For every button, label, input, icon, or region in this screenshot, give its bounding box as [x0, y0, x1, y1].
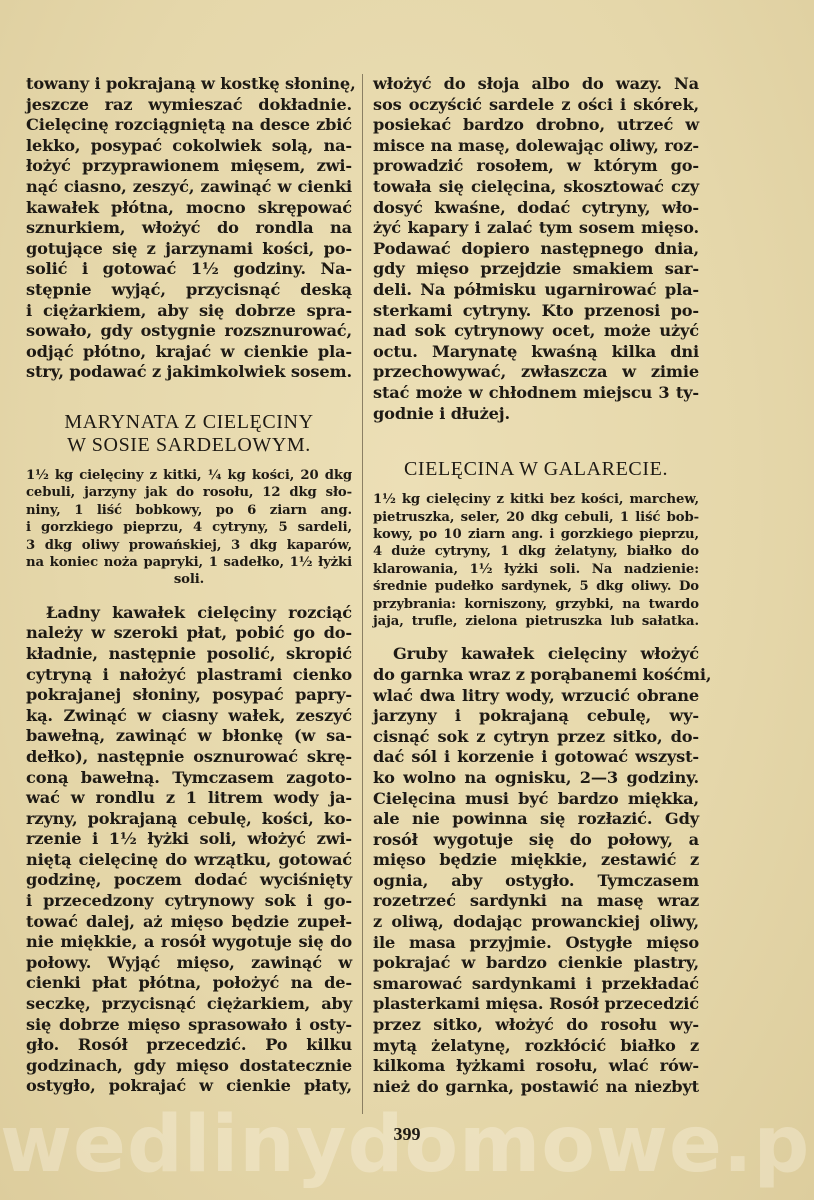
text-line: rzenie i 1½ łyżki soli, włożyć zwi- [26, 829, 352, 850]
text-line: się dobrze mięso sprasowało i osty- [26, 1015, 352, 1036]
method-paragraph: Ładny kawałek cielęciny rozciąć należy w… [26, 603, 352, 1097]
text-line: i przecedzony cytrynowy sok i go- [26, 891, 352, 912]
right-column: włożyć do słoja albo do wazy. Na sos ocz… [373, 74, 699, 1097]
text-line: Gruby kawałek cielęciny włożyć [373, 644, 699, 665]
ingredient-line: 4 duże cytryny, 1 dkg żelatyny, białko d… [373, 543, 699, 560]
text-line: deli. Na półmisku ugarnirować pla- [373, 280, 699, 301]
text-line: stać może w chłodnem miejscu 3 ty- [373, 383, 699, 404]
text-line: Ładny kawałek cielęciny rozciąć [26, 603, 352, 624]
ingredient-line: jaja, trufle, zielona pietruszka lub sał… [373, 613, 699, 630]
text-line: do garnka wraz z porąbanemi kośćmi, [373, 665, 699, 686]
text-line: sos oczyścić sardele z ości i skórek, [373, 95, 699, 116]
text-line: i ciężarkiem, aby się dobrze spra- [26, 301, 352, 322]
text-line: nie miękkie, a rosół wygotuje się do [26, 932, 352, 953]
text-line: mięso będzie miękkie, zestawić z [373, 850, 699, 871]
text-line: odjąć płótno, krajać w cienkie pla- [26, 342, 352, 363]
text-line: lekko, posypać cokolwiek solą, na- [26, 136, 352, 157]
text-line: pokrajać w bardzo cienkie plastry, [373, 953, 699, 974]
text-line: łożyć przyprawionem mięsem, zwi- [26, 156, 352, 177]
text-line: ko wolno na ognisku, 2—3 godziny. [373, 768, 699, 789]
text-line: godzinach, gdy mięso dostatecznie [26, 1056, 352, 1077]
recipe-title-galareta: CIELĘCINA W GALARECIE. [373, 458, 699, 481]
ingredient-line: soli. [26, 571, 352, 588]
text-line: sznurkiem, włożyć do rondla na [26, 218, 352, 239]
text-line: połowy. Wyjąć mięso, zawinąć w [26, 953, 352, 974]
text-line: tować dalej, aż mięso będzie zupeł- [26, 912, 352, 933]
text-line: Cielęcina musi być bardzo miękka, [373, 789, 699, 810]
column-divider [362, 74, 363, 1114]
text-line: stry, podawać z jakimkolwiek sosem. [26, 362, 352, 383]
text-line: nąć ciasno, zeszyć, zawinąć w cienki [26, 177, 352, 198]
ingredients-list: 1½ kg cielęciny z kitki, ¼ kg kości, 20 … [26, 467, 352, 589]
text-line: żyć kapary i zalać tym sosem mięso. [373, 218, 699, 239]
title-line: W SOSIE SARDELOWYM. [26, 434, 352, 457]
text-line: ale nie powinna się rozłazić. Gdy [373, 809, 699, 830]
ingredient-line: kowy, po 10 ziarn ang. i gorzkiego piepr… [373, 526, 699, 543]
text-line: stępnie wyjąć, przycisnąć deską [26, 280, 352, 301]
text-line: przechowywać, zwłaszcza w zimie [373, 362, 699, 383]
text-line: nież do garnka, postawić na niezbyt [373, 1077, 699, 1098]
text-line: towała się cielęcina, skosztować czy [373, 177, 699, 198]
text-line: smarować sardynkami i przekładać [373, 974, 699, 995]
page-number: 399 [0, 1124, 814, 1145]
ingredient-line: przybrania: korniszony, grzybki, na twar… [373, 596, 699, 613]
text-line: rzyny, pokrajaną cebulę, kości, ko- [26, 809, 352, 830]
ingredient-line: pietruszka, seler, 20 dkg cebuli, 1 liść… [373, 509, 699, 526]
text-line: coną bawełną. Tymczasem zagoto- [26, 768, 352, 789]
text-line: Podawać dopiero następnego dnia, [373, 239, 699, 260]
text-line: należy w szeroki płat, pobić go do- [26, 623, 352, 644]
ingredient-line: 3 dkg oliwy prowańskiej, 3 dkg kaparów, [26, 537, 352, 554]
ingredient-line: cebuli, jarzyny jak do rosołu, 12 dkg sł… [26, 484, 352, 501]
text-line: misce na masę, dolewając oliwy, roz- [373, 136, 699, 157]
text-line: ognia, aby ostygło. Tymczasem [373, 871, 699, 892]
text-line: dełko), następnie osznurować skrę- [26, 747, 352, 768]
text-line: gdy mięso przejdzie smakiem sar- [373, 259, 699, 280]
text-line: Cielęcinę rozciągniętą na desce zbić [26, 115, 352, 136]
text-line: wlać dwa litry wody, wrzucić obrane [373, 686, 699, 707]
text-line: z oliwą, dodając prowanckiej oliwy, [373, 912, 699, 933]
text-line: solić i gotować 1½ godziny. Na- [26, 259, 352, 280]
text-line: jeszcze raz wymieszać dokładnie. [26, 95, 352, 116]
text-line: niętą cielęcinę do wrzątku, gotować [26, 850, 352, 871]
text-line: ką. Zwinąć w ciasny wałek, zeszyć [26, 706, 352, 727]
book-page: towany i pokrajaną w kostkę słoninę, jes… [26, 74, 706, 1114]
ingredient-line: 1½ kg cielęciny z kitki, ¼ kg kości, 20 … [26, 467, 352, 484]
text-line: kawałek płótna, mocno skrępować [26, 198, 352, 219]
text-line: ostygło, pokrajać w cienkie płaty, [26, 1076, 352, 1097]
text-line: wać w rondlu z 1 litrem wody ja- [26, 788, 352, 809]
text-line: posiekać bardzo drobno, utrzeć w [373, 115, 699, 136]
text-line: mytą żelatynę, rozkłócić białko z [373, 1036, 699, 1057]
text-line: towany i pokrajaną w kostkę słoninę, [26, 74, 352, 95]
text-line: plasterkami mięsa. Rosół przecedzić [373, 994, 699, 1015]
text-line: kilkoma łyżkami rosołu, wlać rów- [373, 1056, 699, 1077]
ingredient-line: na koniec noża papryki, 1 sadełko, 1½ ły… [26, 554, 352, 571]
text-line: ile masa przyjmie. Ostygłe mięso [373, 933, 699, 954]
text-line: rozetrzeć sardynki na masę wraz [373, 891, 699, 912]
left-column: towany i pokrajaną w kostkę słoninę, jes… [26, 74, 352, 1097]
text-line: dać sól i korzenie i gotować wszyst- [373, 747, 699, 768]
ingredient-line: 1½ kg cielęciny z kitki bez kości, march… [373, 491, 699, 508]
method-paragraph: Gruby kawałek cielęciny włożyć do garnka… [373, 644, 699, 1097]
text-line: dosyć kwaśne, dodać cytryny, wło- [373, 198, 699, 219]
text-line: bawełną, zawinąć w błonkę (w sa- [26, 726, 352, 747]
text-line: sterkami cytryny. Kto przenosi po- [373, 301, 699, 322]
text-line: cytryną i nałożyć plastrami cienko [26, 665, 352, 686]
text-line: cisnąć sok z cytryn przez sitko, do- [373, 727, 699, 748]
text-line: nad sok cytrynowy ocet, może użyć [373, 321, 699, 342]
text-line: godnie i dłużej. [373, 404, 699, 425]
title-line: CIELĘCINA W GALARECIE. [373, 458, 699, 481]
text-line: octu. Marynatę kwaśną kilka dni [373, 342, 699, 363]
recipe-title-marynata: MARYNATA Z CIELĘCINY W SOSIE SARDELOWYM. [26, 411, 352, 457]
text-line: gotujące się z jarzynami kości, po- [26, 239, 352, 260]
text-line: cienki płat płótna, położyć na de- [26, 973, 352, 994]
text-line: włożyć do słoja albo do wazy. Na [373, 74, 699, 95]
intro-paragraph: towany i pokrajaną w kostkę słoninę, jes… [26, 74, 352, 383]
ingredient-line: i gorzkiego pieprzu, 4 cytryny, 5 sardel… [26, 519, 352, 536]
text-line: gło. Rosół przecedzić. Po kilku [26, 1035, 352, 1056]
text-line: sowało, gdy ostygnie rozsznurować, [26, 321, 352, 342]
text-line: rosół wygotuje się do połowy, a [373, 830, 699, 851]
text-line: godzinę, poczem dodać wyciśnięty [26, 870, 352, 891]
title-line: MARYNATA Z CIELĘCINY [26, 411, 352, 434]
text-line: kładnie, następnie posolić, skropić [26, 644, 352, 665]
ingredient-line: klarowania, 1½ łyżki soli. Na nadzienie: [373, 561, 699, 578]
ingredients-list: 1½ kg cielęciny z kitki bez kości, march… [373, 491, 699, 630]
continuation-paragraph: włożyć do słoja albo do wazy. Na sos ocz… [373, 74, 699, 424]
text-line: przez sitko, włożyć do rosołu wy- [373, 1015, 699, 1036]
ingredient-line: średnie pudełko sardynek, 5 dkg oliwy. D… [373, 578, 699, 595]
text-line: jarzyny i pokrajaną cebulę, wy- [373, 706, 699, 727]
text-line: pokrajanej słoniny, posypać papry- [26, 685, 352, 706]
ingredient-line: niny, 1 liść bobkowy, po 6 ziarn ang. [26, 502, 352, 519]
text-line: prowadzić rosołem, w którym go- [373, 156, 699, 177]
text-line: seczkę, przycisnąć ciężarkiem, aby [26, 994, 352, 1015]
